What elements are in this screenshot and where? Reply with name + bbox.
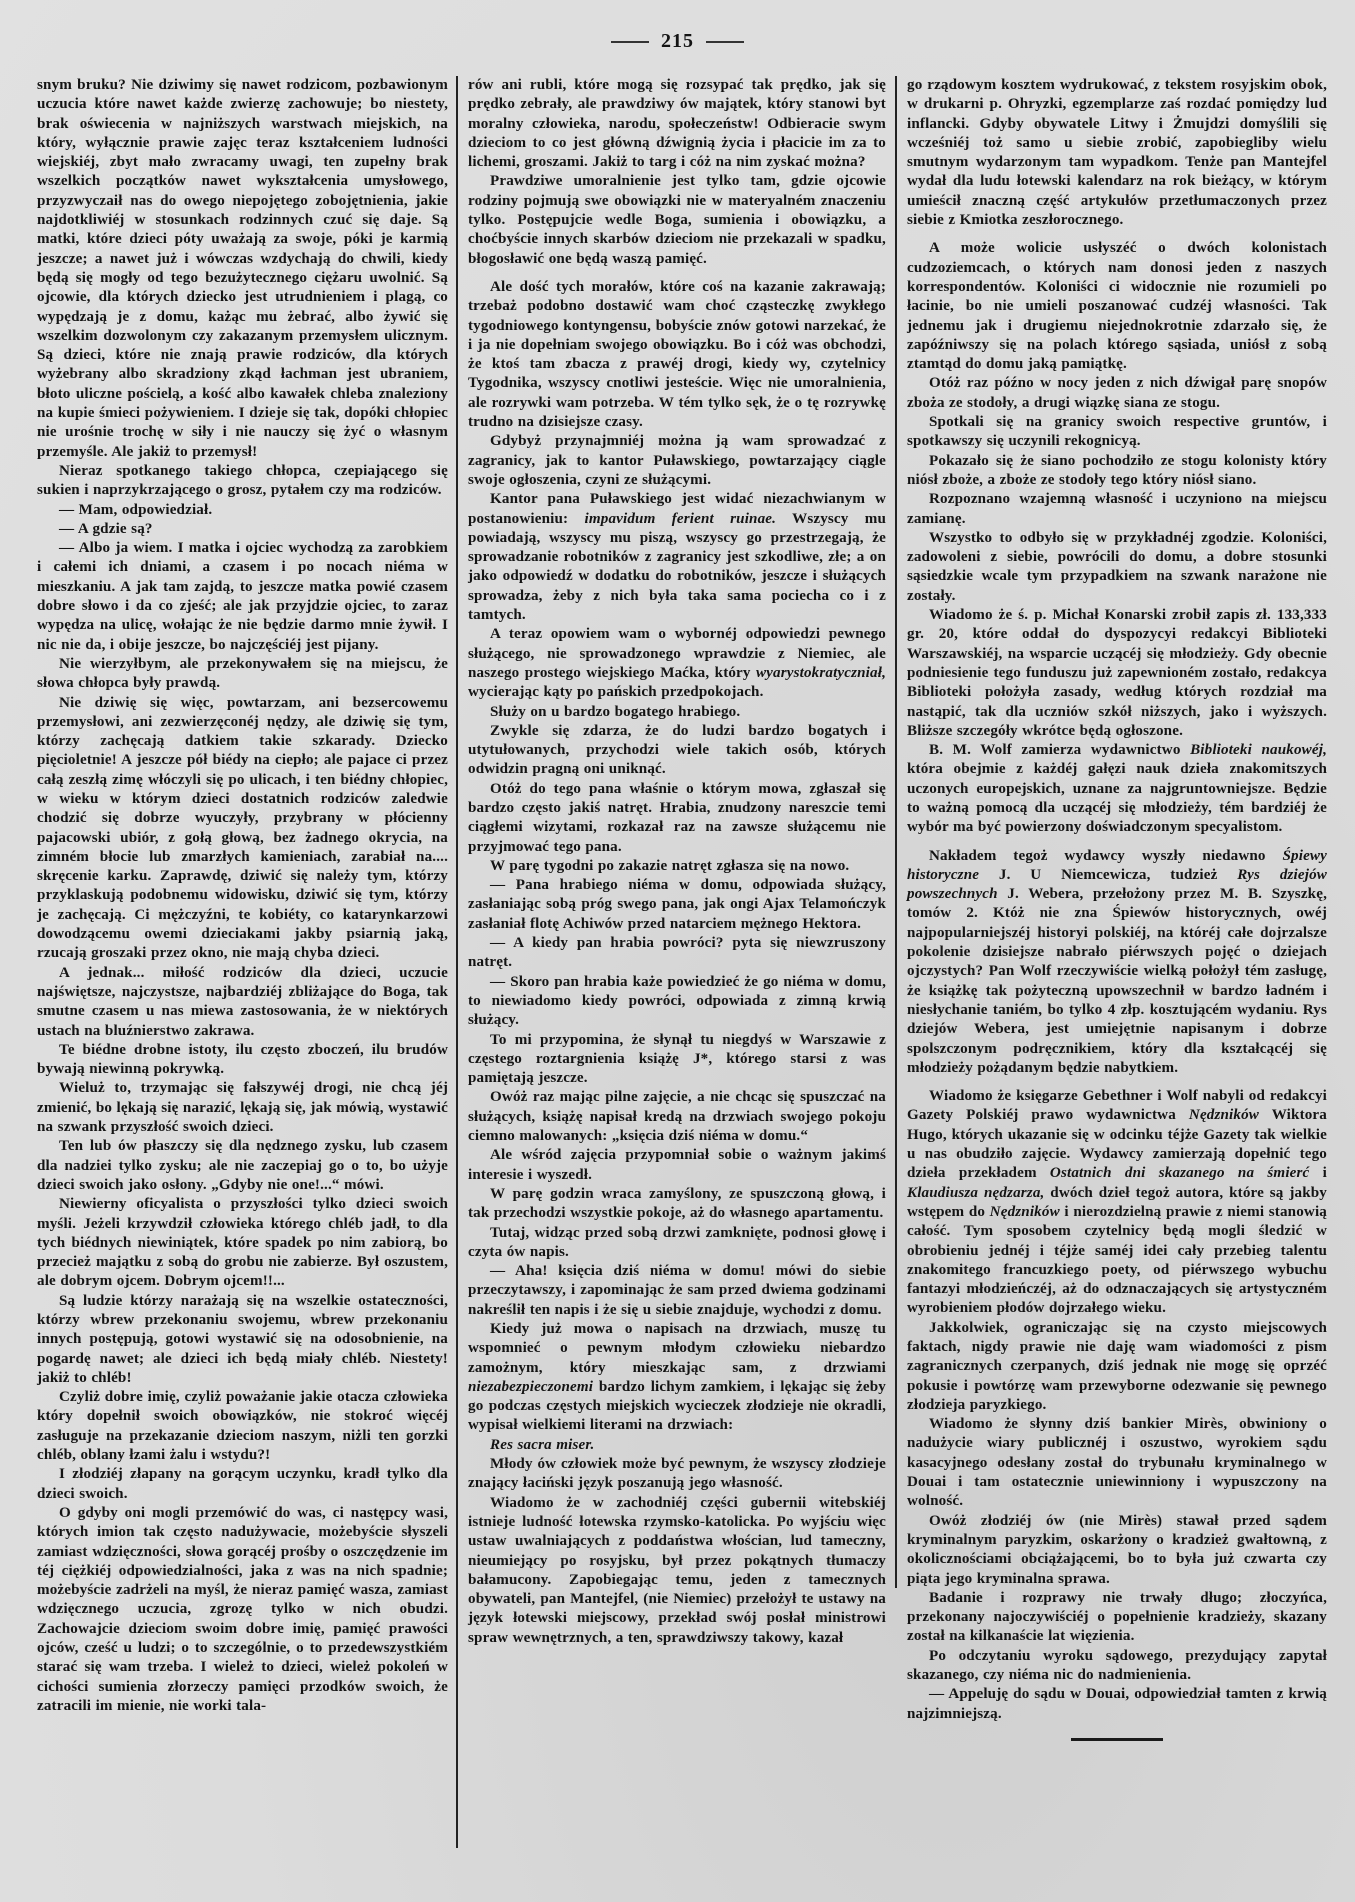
paragraph: O gdyby oni mogli przemówić do was, ci n…: [37, 1504, 448, 1716]
paragraph: W parę tygodni po zakazie natręt zgłasza…: [468, 857, 886, 876]
italic-phrase: Res sacra miser.: [490, 1437, 594, 1453]
column-1: snym bruku? Nie dziwimy się nawet rodzic…: [37, 76, 458, 1848]
paragraph: Ale wśród zajęcia przypomniał sobie o wa…: [468, 1146, 886, 1185]
paragraph: A jednak... miłość rodziców dla dzieci, …: [37, 964, 448, 1041]
paragraph: — Albo ja wiem. I matka i ojciec wychodz…: [37, 539, 448, 655]
paragraph: Młody ów człowiek może być pewnym, że ws…: [468, 1455, 886, 1494]
paragraph: Wiadomo że księgarze Gebethner i Wolf na…: [907, 1087, 1327, 1319]
page-number-dash-right: [706, 41, 744, 43]
paragraph: go rządowym kosztem wydrukować, z tekste…: [907, 76, 1327, 230]
paragraph: — Pana hrabiego niéma w domu, odpowiada …: [468, 876, 886, 934]
paragraph: Pokazało się że siano pochodziło ze stog…: [907, 452, 1327, 491]
italic-phrase: Nędzników: [1189, 1107, 1259, 1123]
paragraph: Wiadomo że w zachodniéj części gubernii …: [468, 1494, 886, 1648]
paragraph: Owóż raz mając pilne zajęcie, a nie chcą…: [468, 1088, 886, 1146]
italic-phrase: niezabezpieczonemi: [468, 1379, 593, 1395]
paragraph: Rozpoznano wzajemną własność i uczyniono…: [907, 490, 1327, 529]
paragraph: Czyliż dobre imię, czyliż poważanie jaki…: [37, 1388, 448, 1465]
paragraph: Nieraz spotkanego takiego chłopca, czepi…: [37, 462, 448, 501]
paragraph: I złodziéj złapany na gorącym uczynku, k…: [37, 1465, 448, 1504]
paragraph: — Skoro pan hrabia każe powiedzieć że go…: [468, 973, 886, 1031]
paragraph: Zwykle się zdarza, że do ludzi bardzo bo…: [468, 722, 886, 780]
paragraph: Nie wierzyłbym, ale przekonywałem się na…: [37, 655, 448, 694]
end-rule: [1071, 1738, 1163, 1741]
paragraph: rów ani rubli, które mogą się rozsypać t…: [468, 76, 886, 172]
paragraph: Jakkolwiek, ograniczając się na czysto m…: [907, 1319, 1327, 1415]
paragraph: Ten lub ów płaszczy się dla nędznego zys…: [37, 1137, 448, 1195]
italic-phrase: wyarystokratyczniał,: [756, 665, 886, 681]
paragraph: Badanie i rozprawy nie trwały długo; zło…: [907, 1589, 1327, 1647]
paragraph: Niewierny oficyalista o przyszłości tylk…: [37, 1195, 448, 1291]
paragraph: Kantor pana Puławskiego jest widać nieza…: [468, 490, 886, 625]
paragraph: Wiadomo że słynny dziś bankier Mirès, ob…: [907, 1415, 1327, 1511]
italic-phrase: Ostatnich dni skazanego na śmierć: [1050, 1165, 1309, 1181]
paragraph: — A gdzie są?: [37, 520, 448, 539]
italic-phrase: Klaudiusza nędzarza,: [907, 1185, 1044, 1201]
paragraph: Gdybyż przynajmniéj można ją wam sprowad…: [468, 432, 886, 490]
paragraph: B. M. Wolf zamierza wydawnictwo Bibliote…: [907, 741, 1327, 837]
paragraph: Kiedy już mowa o napisach na drzwiach, m…: [468, 1320, 886, 1436]
paragraph: Tutaj, widząc przed sobą drzwi zamknięte…: [468, 1224, 886, 1263]
paragraph: — Appeluję do sądu w Douai, odpowiedział…: [907, 1685, 1327, 1724]
paragraph: Wszystko to odbyło się w przykładnéj zgo…: [907, 529, 1327, 606]
paragraph: Otóż raz późno w nocy jeden z nich dźwig…: [907, 374, 1327, 413]
paragraph: Owóż złodziéj ów (nie Mirès) stawał prze…: [907, 1512, 1327, 1589]
italic-phrase: Nędzników: [990, 1204, 1060, 1220]
paragraph: Po odczytaniu wyroku sądowego, prezydują…: [907, 1647, 1327, 1686]
paragraph: Ale dość tych morałów, które coś na kaza…: [468, 278, 886, 432]
paragraph: — Mam, odpowiedział.: [37, 501, 448, 520]
paragraph: Spotkali się na granicy swoich respectiv…: [907, 413, 1327, 452]
article-columns: snym bruku? Nie dziwimy się nawet rodzic…: [37, 76, 1327, 1876]
italic-phrase: Biblioteki naukowéj,: [1190, 742, 1327, 758]
italic-phrase: impavidum ferient ruinae.: [585, 511, 777, 527]
page-number-text: 215: [661, 30, 694, 52]
paragraph: Służy on u bardzo bogatego hrabiego.: [468, 703, 886, 722]
page-number-dash-left: [611, 41, 649, 43]
paragraph: Res sacra miser.: [468, 1436, 886, 1455]
column-2: rów ani rubli, które mogą się rozsypać t…: [458, 76, 897, 1588]
paragraph: W parę godzin wraca zamyślony, ze spuszc…: [468, 1185, 886, 1224]
page-number: 215: [0, 30, 1355, 53]
paragraph: A może wolicie usłyszéć o dwóch kolonist…: [907, 239, 1327, 374]
paragraph: — A kiedy pan hrabia powróci? pyta się n…: [468, 934, 886, 973]
paragraph: Wieluż to, trzymając się fałszywéj drogi…: [37, 1079, 448, 1137]
paragraph: Prawdziwe umoralnienie jest tylko tam, g…: [468, 172, 886, 268]
paragraph: snym bruku? Nie dziwimy się nawet rodzic…: [37, 76, 448, 462]
paragraph: A teraz opowiem wam o wybornéj odpowiedz…: [468, 625, 886, 702]
paragraph: Są ludzie którzy narażają się na wszelki…: [37, 1292, 448, 1388]
paragraph: Otóż do tego pana właśnie o którym mowa,…: [468, 780, 886, 857]
paragraph: Nie dziwię się więc, powtarzam, ani bezs…: [37, 694, 448, 964]
paragraph: Te biédne drobne istoty, ilu często zboc…: [37, 1041, 448, 1080]
column-3: go rządowym kosztem wydrukować, z tekste…: [897, 76, 1327, 1876]
paragraph: Wiadomo że ś. p. Michał Konarski zrobił …: [907, 606, 1327, 741]
paragraph: To mi przypomina, że słynął tu niegdyś w…: [468, 1031, 886, 1089]
paragraph: — Aha! księcia dziś niéma w domu! mówi d…: [468, 1262, 886, 1320]
paragraph: Nakładem tegoż wydawcy wyszły niedawno Ś…: [907, 847, 1327, 1079]
